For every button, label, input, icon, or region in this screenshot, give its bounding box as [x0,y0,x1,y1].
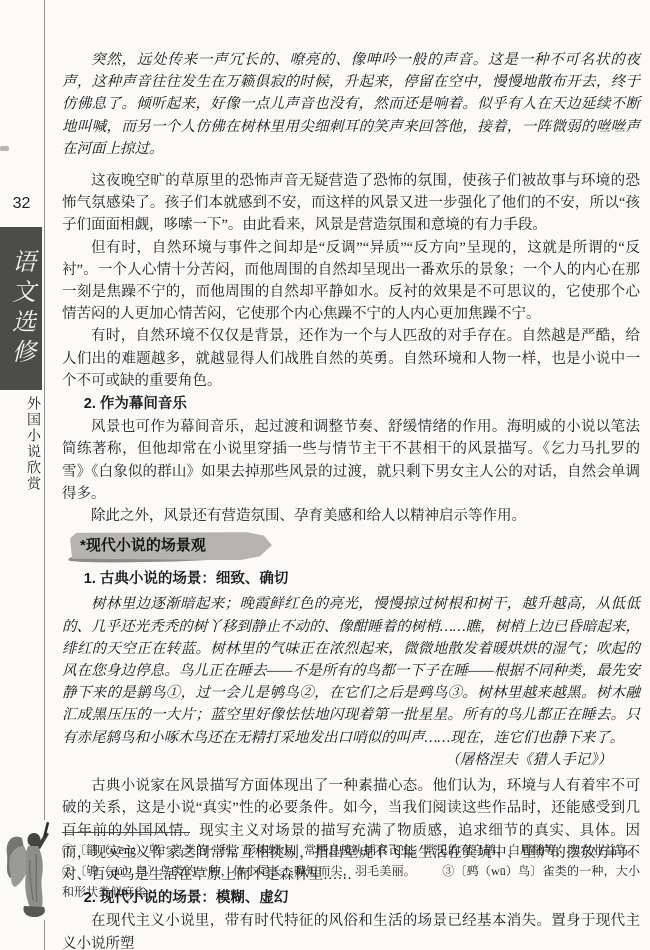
excerpt-forest: 树林里边逐渐暗起来；晚霞鲜红色的亮光，慢慢掠过树根和树干，越升越高，从低低的、几… [62,593,640,748]
angel-statue-image [2,820,64,920]
excerpt-attribution: （屠格涅夫《猎人手记》） [62,749,640,771]
series-title-box: 语文选修 [0,227,42,390]
para-interlude: 风景也可作为幕间音乐，起过渡和调整节奏、舒缓情绪的作用。海明威的小说以笔法简练著… [62,416,640,505]
footnote-row-2: ②〔鸲（qú）鸟〕鸟类的一种，体小尾长，嘴短而尖，羽毛美丽。③〔鹀（wū）鸟〕雀… [62,861,640,903]
para-modern: 在现代主义小说里，带有时代特征的风俗和生活的场景已经基本消失。置身于现代主义小说… [62,910,640,950]
excerpt-night-sound: 突然，远处传来一声冗长的、嘹亮的、像呻吟一般的声音。这是一种不可名状的夜声，这种… [62,49,640,160]
para-other-roles: 除此之外，风景还有营造氛围、孕育美感和给人以精神启示等作用。 [62,505,640,527]
footnotes-block: ①〔鹟（wēng）鸟〕鸟类的一科，形体较小，常栖息枝头捕食飞虫。常见的有乌鹟、白… [62,832,640,903]
para-atmosphere: 这夜晚空旷的草原里的恐怖声音无疑营造了恐怖的氛围，使孩子们被故事与环境的恐怖气氛… [62,170,640,237]
scan-artifact [0,146,9,151]
heading-classical-scene: 1. 古典小说的场景：细致、确切 [62,568,640,590]
body-text-column: 突然，远处传来一声冗长的、嘹亮的、像呻吟一般的声音。这是一种不可名状的夜声，这种… [62,49,640,950]
para-opponent: 有时，自然环境不仅仅是背景，还作为一个与人匹敌的对手存在。自然越是严酷，给人们出… [62,325,640,392]
margin-rule [44,0,45,950]
banner-title: *现代小说的场景观 [68,532,272,560]
series-title: 语文选修 [4,249,39,369]
footnote-2: ②〔鸲（qú）鸟〕鸟类的一种，体小尾长，嘴短而尖，羽毛美丽。 [62,864,416,878]
angel-statue-icon [2,820,64,920]
series-subtitle: 外国小说欣赏 [0,394,42,494]
heading-interlude-music: 2. 作为幕间音乐 [62,393,640,415]
textbook-page: 32 语文选修 外国小说欣赏 突然，远处传来一声冗长的、嘹亮的、像呻吟一般的声音… [0,0,650,950]
footnote-divider [62,832,190,833]
section-banner: *现代小说的场景观 [68,532,640,565]
footnote-1: ①〔鹟（wēng）鸟〕鸟类的一科，形体较小，常栖息枝头捕食飞虫。常见的有乌鹟、白… [62,840,640,861]
page-number: 32 [0,195,43,213]
para-contrast: 但有时，自然环境与事件之间却是“反调”“异质”“反方向”呈现的，这就是所谓的“反… [62,237,640,326]
